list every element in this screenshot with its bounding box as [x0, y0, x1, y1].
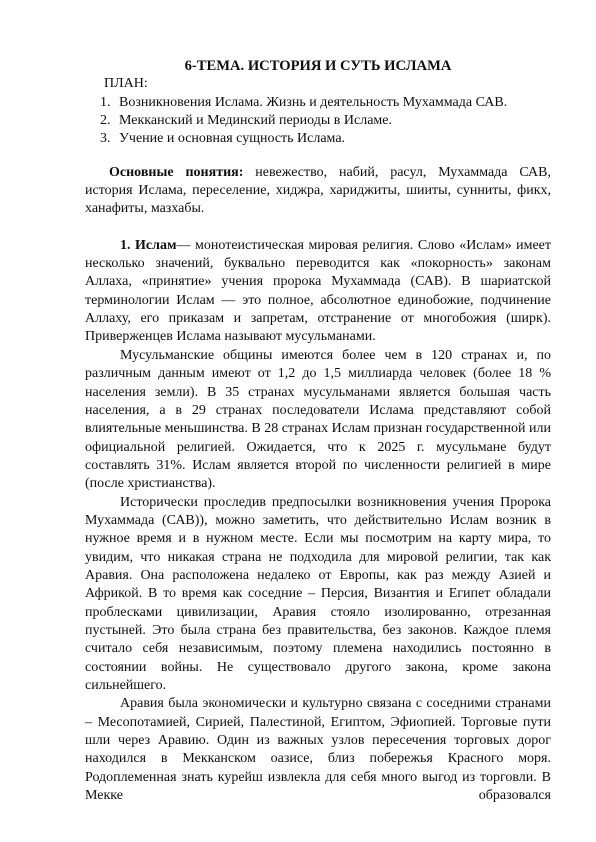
plan-item-3-text: Учение и основная сущность Ислама.	[119, 130, 345, 148]
plan-label: ПЛАН:	[104, 75, 551, 93]
paragraph-islam-definition-text: — монотеистическая мировая религия. Слов…	[85, 238, 551, 345]
plan-item-2-text: Мекканский и Мединский периоды в Исламе.	[119, 112, 392, 130]
paragraph-muslim-communities: Мусульманские общины имеются более чем в…	[85, 347, 551, 494]
plan-item-3: 3. Учение и основная сущность Ислама.	[85, 130, 551, 148]
plan-item-2: 2. Мекканский и Мединский периоды в Исла…	[85, 112, 551, 130]
key-terms-label: Основные понятия:	[109, 165, 243, 180]
plan-item-1-number: 1.	[100, 94, 119, 112]
page-title: 6-ТЕМА. ИСТОРИЯ И СУТЬ ИСЛАМА	[85, 57, 551, 75]
document-page: 6-ТЕМА. ИСТОРИЯ И СУТЬ ИСЛАМА ПЛАН: 1. В…	[0, 0, 596, 842]
paragraph-arabia-trade: Аравия была экономически и культурно свя…	[85, 695, 551, 805]
key-terms-paragraph: Основные понятия: невежество, набий, рас…	[85, 164, 551, 219]
plan-item-3-number: 3.	[100, 130, 119, 148]
paragraph-historical-background: Исторически проследив предпосылки возник…	[85, 494, 551, 696]
plan-item-1: 1. Возникновения Ислама. Жизнь и деятель…	[85, 94, 551, 112]
plan-item-2-number: 2.	[100, 112, 119, 130]
paragraph-islam-definition: 1. Ислам— монотеистическая мировая религ…	[85, 237, 551, 347]
plan-list: 1. Возникновения Ислама. Жизнь и деятель…	[85, 94, 551, 149]
paragraph-islam-definition-lead: 1. Ислам	[120, 238, 177, 253]
plan-item-1-text: Возникновения Ислама. Жизнь и деятельнос…	[119, 94, 507, 112]
